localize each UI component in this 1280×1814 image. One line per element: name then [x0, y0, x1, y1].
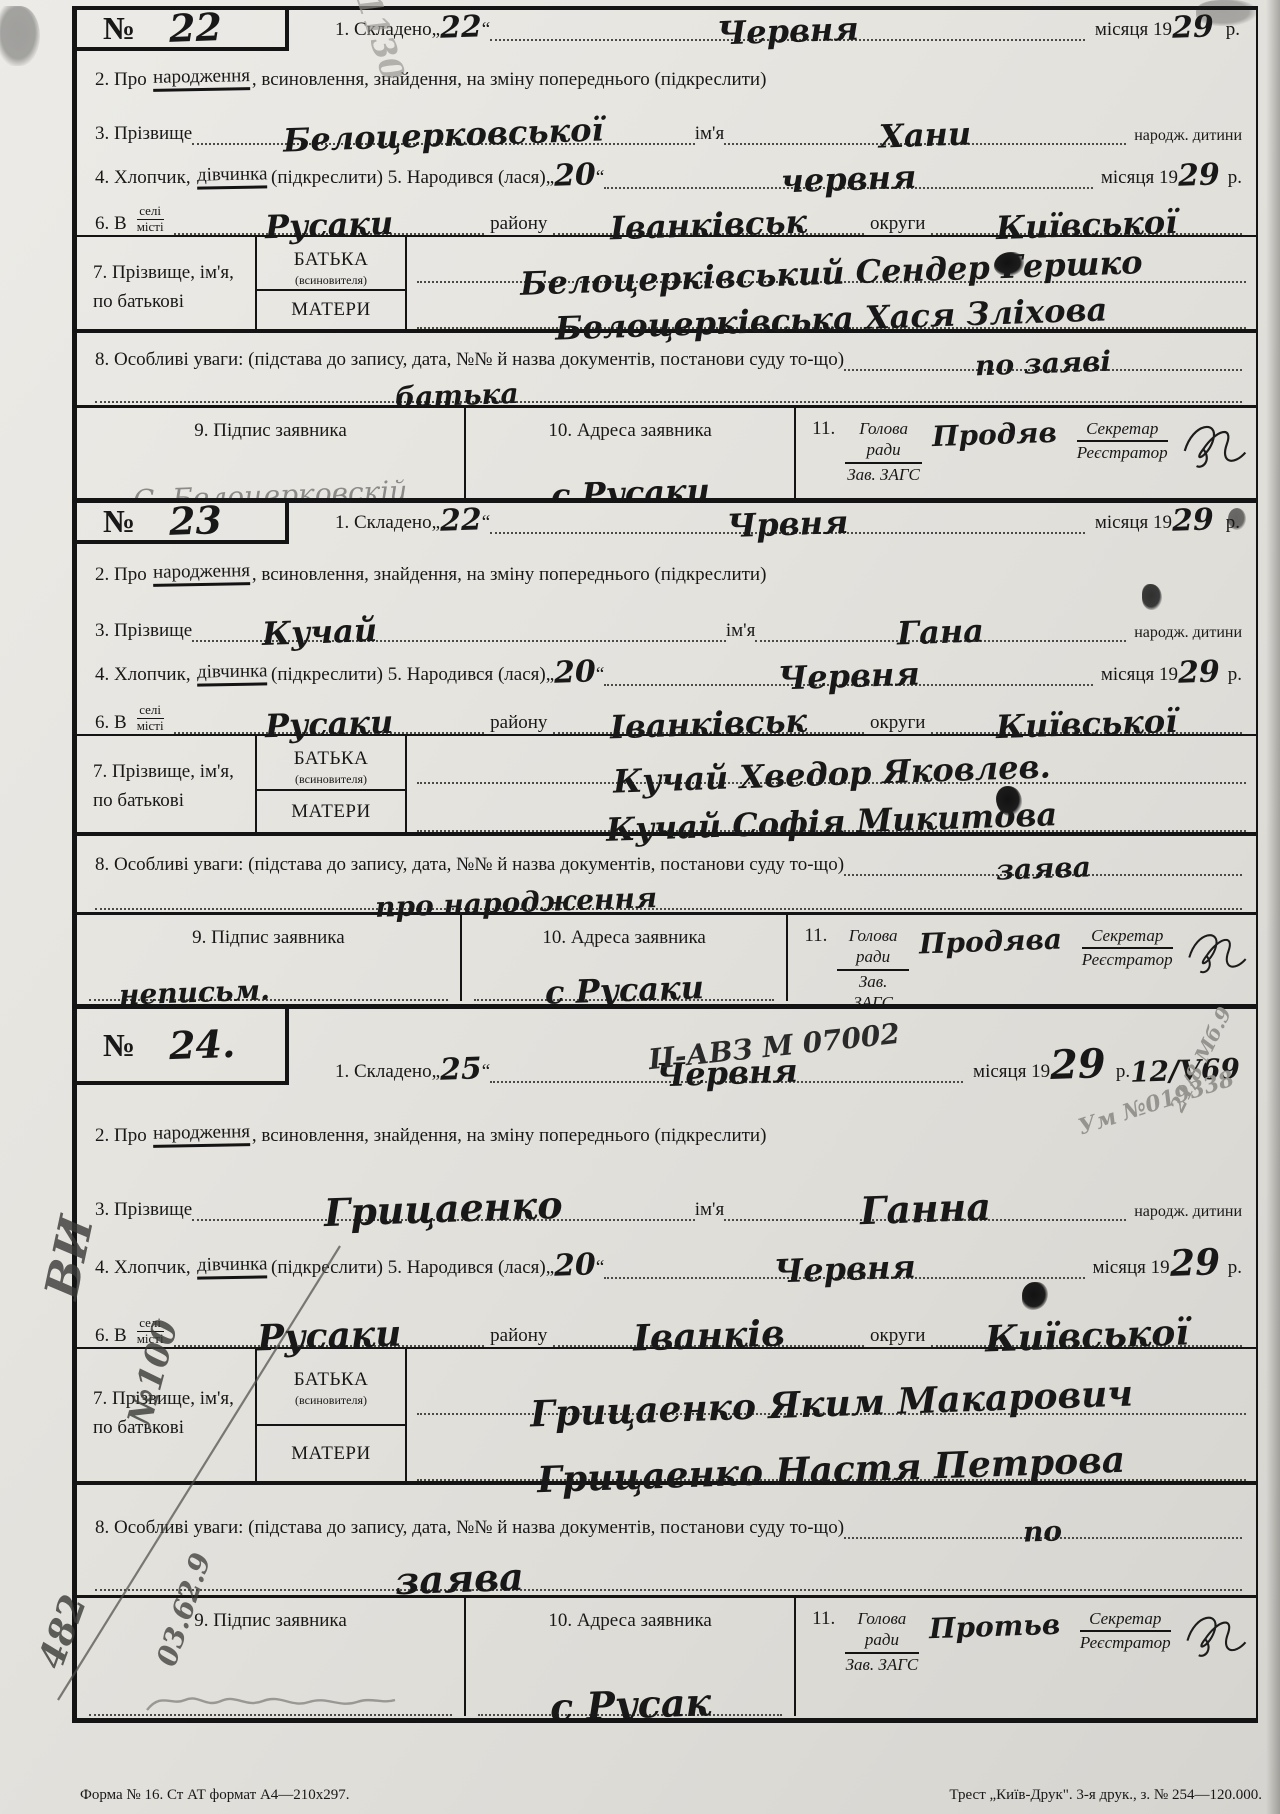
parents-label-line2: по батькові: [93, 291, 184, 312]
label-11: 11.: [812, 1608, 835, 1630]
no-sign: №: [103, 10, 135, 47]
composed-line: 1. Складено „ 22 “ Чрвня місяця 19 29 р.: [289, 503, 1256, 544]
born-day: 20: [554, 1251, 597, 1279]
remarks-line2: батька: [95, 376, 1242, 403]
month-19-label: місяця 19: [1093, 1257, 1170, 1279]
remarks-block: 8. Особливі уваги: (підстава до запису, …: [95, 836, 1242, 912]
surname-label: 3. Прізвище: [95, 1199, 192, 1221]
parents-label-line2: по батькові: [93, 790, 184, 811]
sex-underlined-girl: дівчинка: [196, 660, 267, 686]
year-suffix: р.: [1228, 1257, 1242, 1279]
head-fraction: Голова ради Зав. ЗАГС: [845, 1608, 918, 1675]
composed-label: 1. Складено: [335, 1061, 432, 1083]
district-value: Іванків: [632, 1317, 785, 1355]
composed-label: 1. Складено: [335, 512, 432, 534]
type-rest: , всиновлення, знайдення, на зміну попер…: [252, 564, 767, 586]
okruga-value: Київської: [996, 208, 1178, 243]
okruga-label: округи: [870, 712, 925, 734]
form-imprint-row: Форма № 16. Ст АТ формат А4—210х297. Тре…: [80, 1787, 1262, 1804]
parents-row: 7. Прізвище, ім'я, по батькові БАТЬКА (в…: [77, 235, 1256, 333]
remarks-value1: по: [1023, 1518, 1063, 1545]
village-label: селі: [137, 204, 164, 220]
sex-underlined-girl: дівчинка: [196, 163, 267, 189]
sex-rest: (підкреслити) 5. Народився (лася): [271, 664, 546, 686]
year-suffix: р.: [1228, 664, 1242, 686]
corner-smudge: [1196, 0, 1256, 26]
applicant-address-label: 10. Адреса заявника: [478, 420, 782, 442]
composed-month: Чрвня: [726, 508, 848, 541]
okruga-label: округи: [870, 213, 925, 235]
composed-month-line: Червня: [490, 10, 1085, 41]
father-line: Грицаенко Яким Макарович: [417, 1349, 1246, 1415]
secretary-label: Секретар: [1082, 925, 1173, 949]
applicant-signature-line: С. Белоцерковскій: [89, 477, 452, 498]
surname-line: Кучай: [192, 611, 726, 642]
close-quote: “: [596, 167, 604, 189]
remarks-line1: заява: [844, 849, 1242, 876]
remarks-value1: по заяві: [975, 348, 1112, 378]
type-underlined-birth: народження: [153, 1121, 251, 1148]
name-label: ім'я: [695, 123, 724, 145]
father-line: Белоцерківський Сендер Гершко: [417, 237, 1246, 283]
head-signature-value: Протьв: [928, 1612, 1060, 1642]
secretary-signature-scribble: [1183, 921, 1250, 983]
sex-born-row: 4. Хлопчик, дівчинка (підкреслити) 5. На…: [95, 145, 1242, 191]
village-town-fraction: селі місті: [137, 703, 164, 734]
close-quote: “: [482, 512, 490, 534]
scanned-registry-page: № 22 1. Складено „ 22 “ Червня місяця 19…: [0, 0, 1280, 1814]
okruga-line: Київської: [931, 1313, 1242, 1347]
father-dotline: Кучай Хведор Яковлев.: [417, 753, 1246, 784]
registrar-label: Реєстратор: [1082, 950, 1173, 969]
parents-values: Грицаенко Яким Макарович Грицаенко Настя…: [407, 1349, 1256, 1481]
officials-cell: 11. Голова ради Зав. ЗАГС Протьв Секрета…: [796, 1598, 1256, 1716]
head-label2: Зав. ЗАГС: [847, 465, 920, 484]
district-line: Іванківськ: [553, 204, 864, 235]
child-label: народж. дитини: [1134, 624, 1242, 642]
head-label1: Голова ради: [837, 925, 908, 971]
close-quote: “: [482, 19, 490, 41]
surname-row: 3. Прізвище Белоцерковської ім'я Хани на…: [95, 95, 1242, 145]
month-19-label: місяця 19: [1095, 512, 1172, 534]
mother-cell: МАТЕРИ: [257, 791, 405, 832]
parents-label-line1: 7. Прізвище, ім'я,: [93, 761, 234, 782]
parents-values: Белоцерківський Сендер Гершко Белоцерків…: [407, 237, 1256, 329]
father-sub-label: (всиновителя): [295, 273, 367, 287]
mother-dotline: Грицаенко Настя Петрова: [417, 1447, 1246, 1481]
born-day: 20: [554, 658, 597, 686]
record-number-box: № 22: [77, 10, 289, 51]
okruga-line: Київської: [931, 703, 1242, 734]
label-11: 11.: [804, 925, 827, 947]
name-line: Ганна: [724, 1185, 1126, 1221]
remarks-line1: по заяві: [844, 344, 1242, 371]
name-value: Гана: [897, 617, 985, 649]
open-quote: „: [432, 1061, 440, 1083]
mother-cell: МАТЕРИ: [257, 291, 405, 329]
secretary-fraction: Секретар Реєстратор: [1082, 925, 1173, 971]
village-value: Русаки: [264, 209, 393, 242]
signatures-row: 9. Підпис заявника С. Белоцерковскій 10.…: [77, 405, 1256, 498]
okruga-value: Київської: [996, 707, 1178, 742]
applicant-signature-label: 9. Підпис заявника: [89, 927, 448, 949]
record-number-box: № 24.: [77, 1009, 289, 1085]
parents-label: 7. Прізвище, ім'я, по батькові: [77, 237, 255, 329]
place-row: 6. В селі місті Русаки району Іванківськ…: [95, 688, 1242, 734]
record-number-box: № 23: [77, 503, 289, 544]
born-month: Червня: [773, 1253, 916, 1287]
born-day: 20: [554, 161, 597, 189]
applicant-signature-cell: 9. Підпис заявника С. Белоцерковскій: [77, 408, 466, 498]
type-rest: , всиновлення, знайдення, на зміну попер…: [252, 69, 767, 91]
head-signature-value: Продява: [918, 927, 1062, 957]
secretary-fraction: Секретар Реєстратор: [1077, 418, 1168, 464]
okruga-value: Київської: [984, 1316, 1189, 1355]
village-line: Русаки: [174, 703, 485, 734]
record-number-value: 24.: [169, 1027, 236, 1063]
district-value: Іванківськ: [610, 208, 808, 244]
okruga-label: округи: [870, 1325, 925, 1347]
corner-smudge: [0, 6, 40, 66]
head-fraction: Голова ради Зав. ЗАГС: [837, 925, 908, 1004]
record-number-value: 22: [169, 10, 223, 46]
surname-label: 3. Прізвище: [95, 123, 192, 145]
applicant-address-line: с Русаки: [478, 473, 782, 498]
registrar-label: Реєстратор: [1080, 1633, 1171, 1652]
mother-dotline: Белоцерківська Хася Зліхова: [417, 298, 1246, 329]
born-month-line: Червня: [604, 655, 1093, 686]
name-value: Хани: [879, 120, 972, 152]
parents-values: Кучай Хведор Яковлев. Кучай Софія Микито…: [407, 736, 1256, 832]
remarks-line1: по: [844, 1512, 1242, 1539]
record-type-row: 2. Про народження , всиновлення, знайден…: [95, 51, 1242, 95]
secretary-signature-scribble: [1181, 1604, 1250, 1666]
remarks-value2: заява: [394, 1560, 524, 1599]
no-sign: №: [103, 1027, 135, 1064]
type-pre: 2. Про: [95, 1125, 147, 1147]
parents-label-line1: 7. Прізвище, ім'я,: [93, 262, 234, 283]
town-label: місті: [137, 718, 164, 733]
secretary-fraction: Секретар Реєстратор: [1080, 1608, 1171, 1654]
applicant-address-value: с Русаки: [544, 973, 704, 1004]
district-value: Іванківськ: [610, 707, 808, 743]
birth-record-22: № 22 1. Складено „ 22 “ Червня місяця 19…: [77, 10, 1256, 498]
type-pre: 2. Про: [95, 564, 147, 586]
applicant-address-line: с Русак: [478, 1680, 782, 1716]
signatures-row: 9. Підпис заявника неписьм. 10. Адреса з…: [77, 912, 1256, 1001]
composed-day: 22: [440, 506, 483, 534]
close-quote: “: [482, 1061, 490, 1083]
father-sub-label: (всиновителя): [295, 772, 367, 786]
born-month-line: Червня: [604, 1248, 1084, 1279]
applicant-signature-value: неписьм.: [119, 977, 271, 1004]
applicant-address-cell: 10. Адреса заявника с Русаки: [466, 408, 796, 498]
head-label2: Зав. ЗАГС: [853, 972, 893, 1005]
applicant-address-value: с Русак: [549, 1685, 711, 1718]
surname-line: Белоцерковської: [192, 114, 695, 145]
remarks-block: 8. Особливі уваги: (підстава до запису, …: [95, 333, 1242, 405]
composed-year: 29: [1172, 506, 1215, 534]
district-line: Іванківськ: [553, 703, 864, 734]
record-number-row: № 22 1. Складено „ 22 “ Червня місяця 19…: [77, 10, 1256, 51]
no-sign: №: [103, 503, 135, 540]
record-type-row: 2. Про народження , всиновлення, знайден…: [95, 544, 1242, 590]
composed-line: 1. Складено „ 22 “ Червня місяця 19 29 р…: [289, 10, 1256, 51]
ink-blot: [1142, 584, 1162, 610]
father-line: Кучай Хведор Яковлев.: [417, 736, 1246, 784]
year-suffix: р.: [1228, 167, 1242, 189]
born-month: червня: [780, 163, 916, 197]
name-label: ім'я: [695, 1199, 724, 1221]
village-town-fraction: селі місті: [137, 204, 164, 235]
district-label: району: [490, 712, 547, 734]
child-label: народж. дитини: [1134, 1203, 1242, 1221]
applicant-address-line: с Русаки: [474, 970, 775, 1001]
applicant-address-cell: 10. Адреса заявника с Русаки: [462, 915, 789, 1001]
name-line: Гана: [755, 611, 1126, 642]
remarks-value1: заява: [995, 854, 1091, 882]
sex-pre: 4. Хлопчик,: [95, 664, 191, 686]
officials-cell: 11. Голова ради Зав. ЗАГС Продяв Секрета…: [796, 408, 1256, 498]
head-signature-value: Продяв: [932, 420, 1058, 450]
month-19-label: місяця 19: [1101, 664, 1178, 686]
diagonal-pencil-stroke: [40, 1230, 360, 1710]
record-number-row: № 23 1. Складено „ 22 “ Чрвня місяця 19 …: [77, 503, 1256, 544]
close-quote: “: [596, 664, 604, 686]
district-label: району: [490, 1325, 547, 1347]
village-label: селі: [137, 703, 164, 719]
remarks-value2: батька: [395, 381, 519, 410]
edge-smudge: [1228, 508, 1246, 530]
type-underlined-birth: народження: [153, 65, 251, 92]
applicant-address-cell: 10. Адреса заявника с Русак: [466, 1598, 796, 1716]
composed-month: Червня: [716, 15, 859, 49]
father-dotline: Грицаенко Яким Макарович: [417, 1381, 1246, 1415]
form-imprint-left: Форма № 16. Ст АТ формат А4—210х297.: [80, 1787, 350, 1804]
type-underlined-birth: народження: [153, 560, 251, 587]
composed-month-line: Чрвня: [490, 503, 1085, 534]
applicant-signature-label: 9. Підпис заявника: [89, 420, 452, 442]
sex-pre: 4. Хлопчик,: [95, 167, 191, 189]
village-value: Русаки: [264, 708, 393, 741]
applicant-signature-cell: 9. Підпис заявника неписьм.: [77, 915, 462, 1001]
born-year: 29: [1178, 658, 1221, 686]
surname-value: Кучай: [262, 616, 378, 649]
okruga-line: Київської: [931, 204, 1242, 235]
father-mother-box: БАТЬКА (всиновителя) МАТЕРИ: [255, 237, 407, 329]
mother-label: МАТЕРИ: [291, 801, 370, 823]
town-label: місті: [137, 219, 164, 234]
remarks-label: 8. Особливі уваги: (підстава до запису, …: [95, 854, 844, 876]
name-label: ім'я: [726, 620, 755, 642]
surname-value: Грицаенко: [324, 1188, 564, 1230]
month-19-label: місяця 19: [973, 1061, 1050, 1083]
open-quote: „: [432, 512, 440, 534]
head-label1: Голова ради: [845, 1608, 918, 1654]
type-pre: 2. Про: [95, 69, 147, 91]
surname-row: 3. Прізвище Грицаенко ім'я Ганна народж.…: [95, 1153, 1242, 1221]
surname-label: 3. Прізвище: [95, 620, 192, 642]
head-label1: Голова ради: [845, 418, 922, 464]
child-label: народж. дитини: [1134, 127, 1242, 145]
sex-rest: (підкреслити) 5. Народився (лася): [271, 167, 546, 189]
secretary-label: Секретар: [1077, 418, 1168, 442]
close-quote: “: [596, 1257, 604, 1279]
parents-row: 7. Прізвище, ім'я, по батькові БАТЬКА (в…: [77, 734, 1256, 836]
place-row: 6. В селі місті Русаки району Іванківськ…: [95, 191, 1242, 235]
year-suffix: р.: [1116, 1061, 1130, 1083]
form-imprint-right: Трест „Київ-Друк". 3-я друк., з. № 254—1…: [949, 1787, 1262, 1804]
applicant-signature-line: неписьм.: [89, 974, 448, 1001]
record-number-value: 23: [169, 503, 223, 539]
born-year: 29: [1169, 1246, 1220, 1280]
month-19-label: місяця 19: [1101, 167, 1178, 189]
father-label: БАТЬКА: [294, 249, 369, 270]
ink-blot: [996, 786, 1022, 816]
place-pre: 6. В: [95, 213, 127, 235]
birth-record-23: № 23 1. Складено „ 22 “ Чрвня місяця 19 …: [77, 498, 1256, 1004]
father-mother-box: БАТЬКА (всиновителя) МАТЕРИ: [255, 736, 407, 832]
applicant-address-value: с Русаки: [550, 476, 710, 498]
remarks-value2: про народження: [375, 885, 658, 920]
officials-cell: 11. Голова ради Зав. ЗАГС Продява Секрет…: [788, 915, 1256, 1001]
head-label2: Зав. ЗАГС: [846, 1655, 919, 1674]
composed-year: 29: [1050, 1046, 1107, 1084]
registrar-label: Реєстратор: [1077, 443, 1168, 462]
village-line: Русаки: [174, 204, 485, 235]
open-quote: „: [432, 19, 440, 41]
secretary-signature-scribble: [1178, 414, 1250, 476]
father-dotline: Белоцерківський Сендер Гершко: [417, 252, 1246, 283]
applicant-address-label: 10. Адреса заявника: [478, 1610, 782, 1632]
name-value: Ганна: [859, 1190, 991, 1229]
district-line: Іванків: [553, 1313, 864, 1347]
applicant-signature-value: С. Белоцерковскій: [133, 478, 408, 498]
surname-value: Белоцерковської: [283, 116, 604, 156]
parents-label: 7. Прізвище, ім'я, по батькові: [77, 736, 255, 832]
secretary-label: Секретар: [1080, 1608, 1171, 1632]
name-line: Хани: [724, 114, 1126, 145]
applicant-address-label: 10. Адреса заявника: [474, 927, 775, 949]
composed-day: 22: [440, 13, 483, 41]
mother-label: МАТЕРИ: [291, 299, 370, 321]
surname-line: Грицаенко: [192, 1185, 695, 1221]
born-month-line: червня: [604, 158, 1093, 189]
month-19-label: місяця 19: [1095, 19, 1172, 41]
born-year: 29: [1178, 161, 1221, 189]
record-type-row: 2. Про народження , всиновлення, знайден…: [95, 1101, 1242, 1153]
head-fraction: Голова ради Зав. ЗАГС: [845, 418, 922, 485]
place-pre: 6. В: [95, 712, 127, 734]
mother-dotline: Кучай Софія Микитова: [417, 801, 1246, 832]
born-month: Червня: [777, 660, 920, 694]
remarks-label: 8. Особливі уваги: (підстава до запису, …: [95, 349, 844, 371]
remarks-line2: про народження: [95, 883, 1242, 910]
composed-day: 25: [440, 1055, 483, 1083]
surname-row: 3. Прізвище Кучай ім'я Гана народж. дити…: [95, 590, 1242, 642]
father-label: БАТЬКА: [294, 748, 369, 769]
type-rest: , всиновлення, знайдення, на зміну попер…: [252, 1125, 767, 1147]
label-11: 11.: [812, 418, 835, 440]
district-label: району: [490, 213, 547, 235]
